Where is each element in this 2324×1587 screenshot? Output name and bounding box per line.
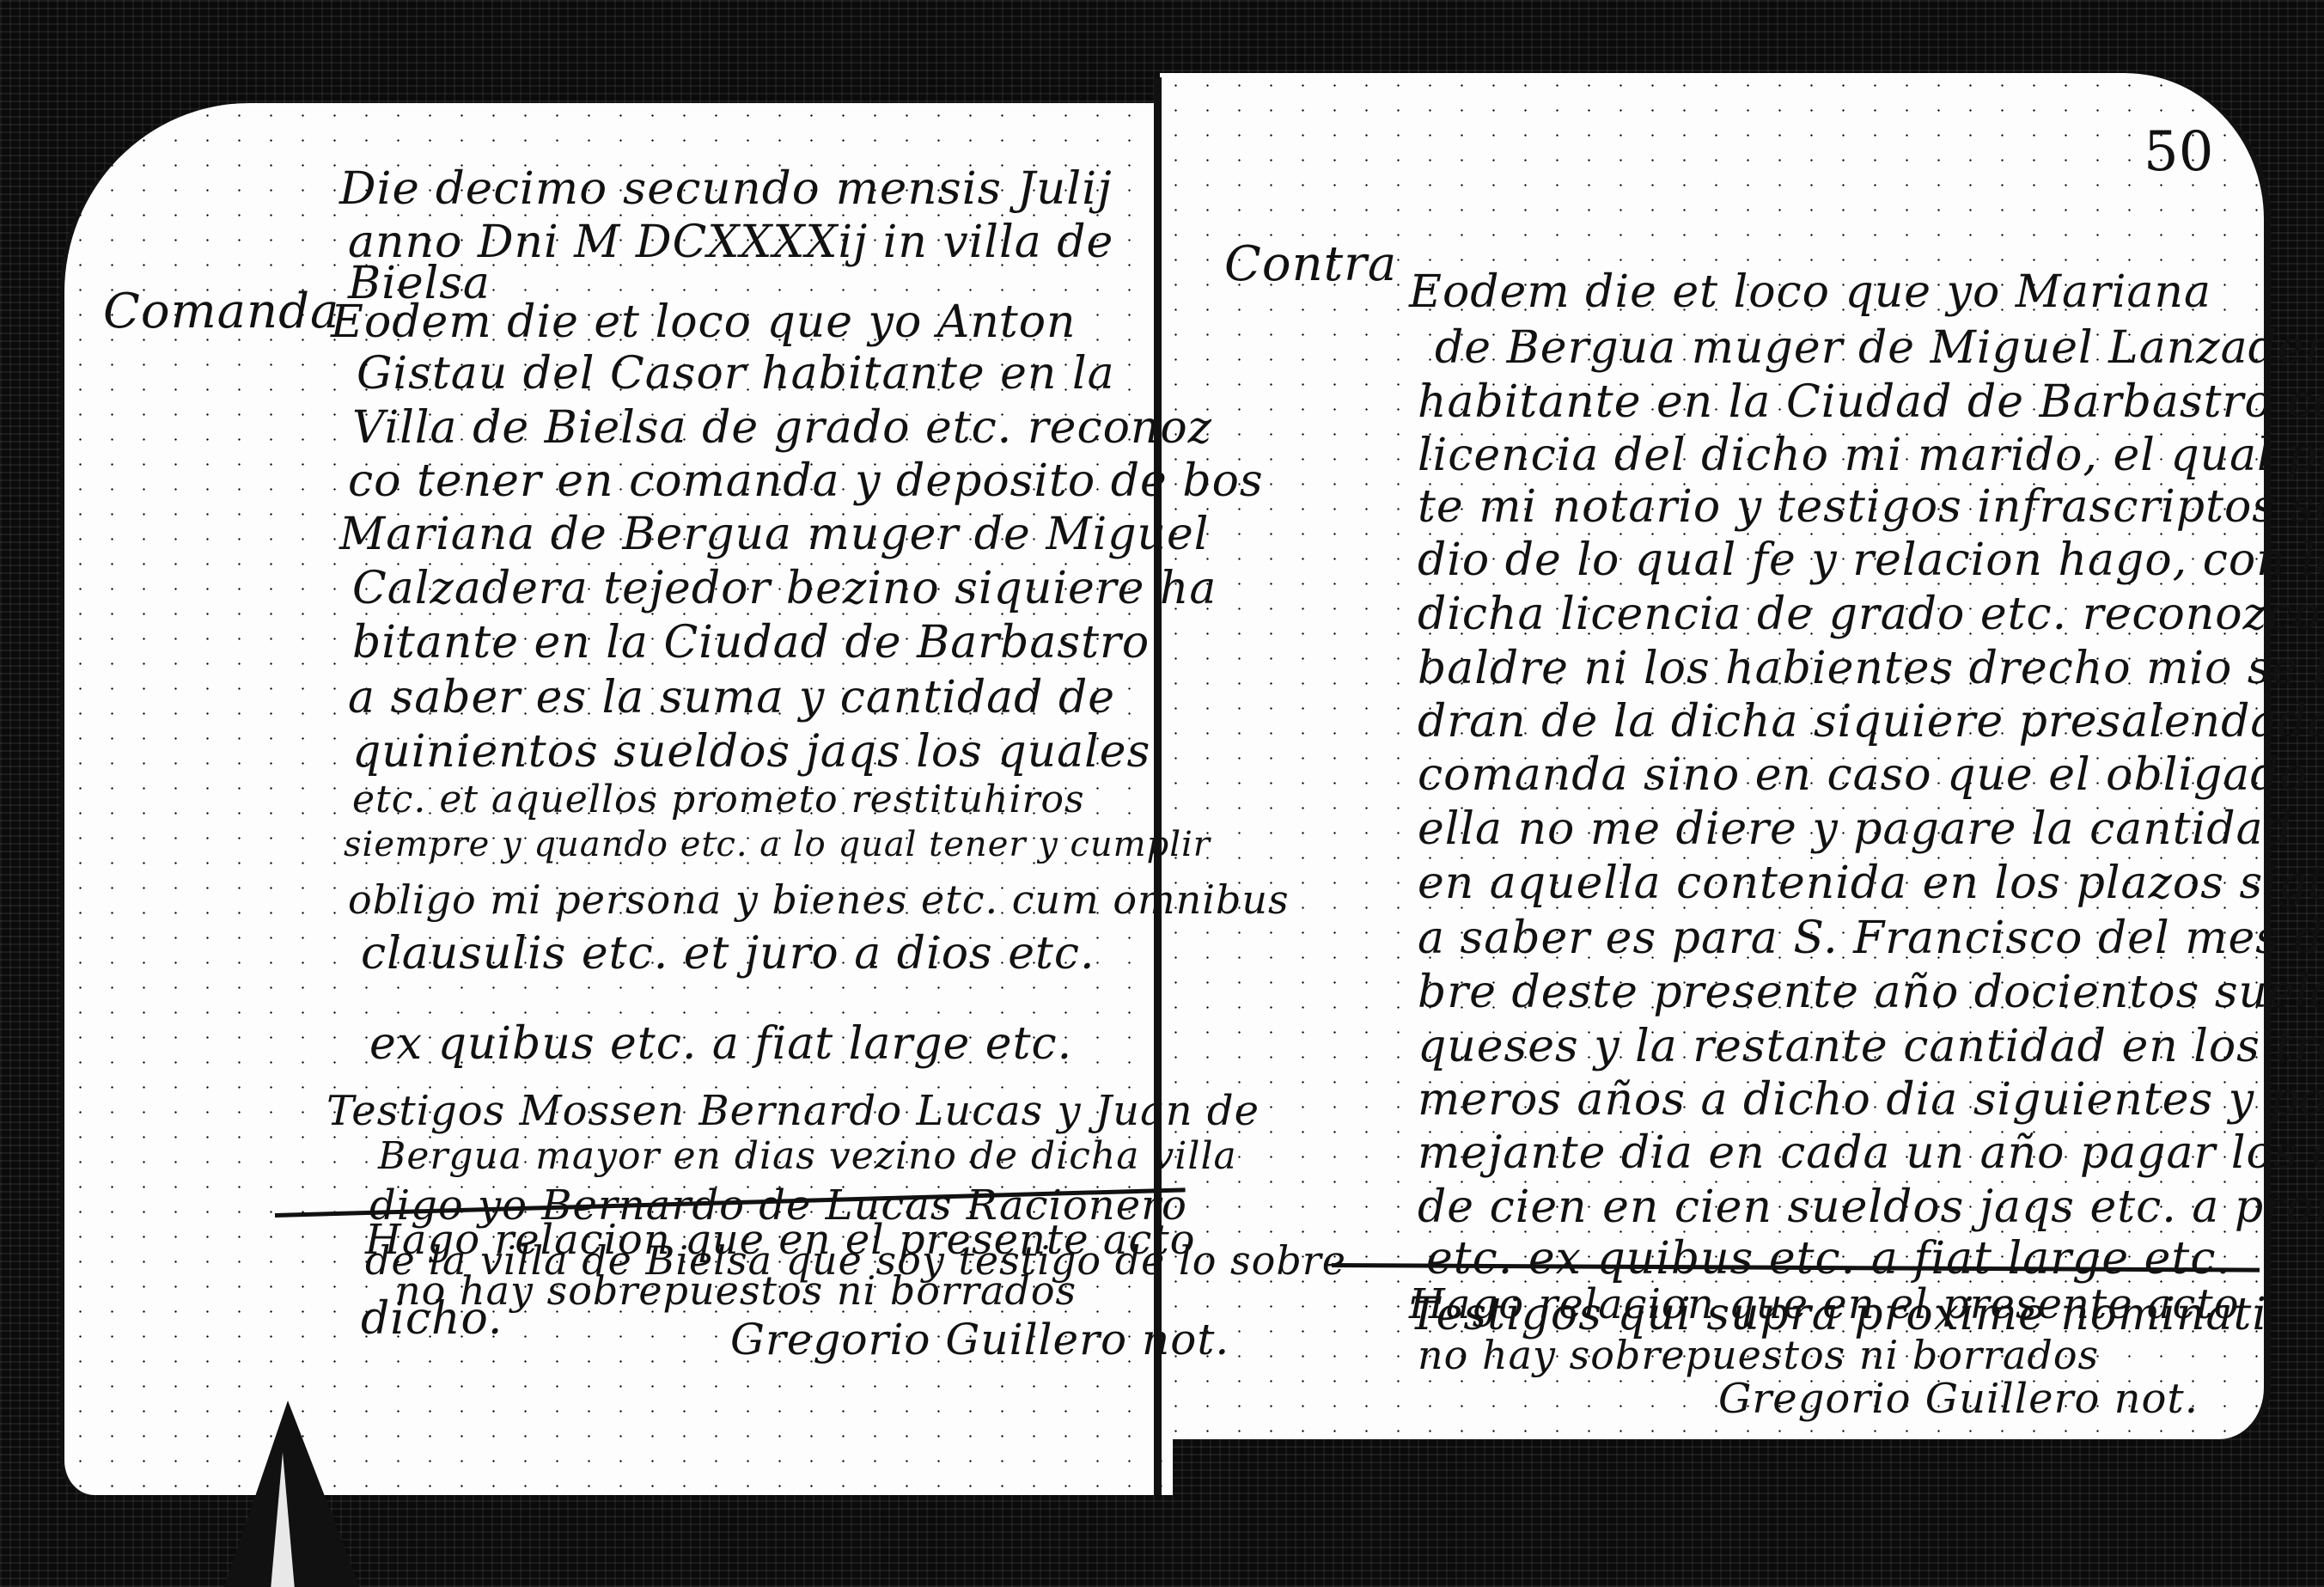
left-line-17: ex quibus etc. a fiat large etc. bbox=[369, 1018, 1072, 1070]
left-line-18: Testigos Mossen Bernardo Lucas y Juan de bbox=[326, 1087, 1260, 1135]
left-line-13: etc. et aquellos prometo restituhiros bbox=[352, 778, 1085, 821]
margin-note-right: Contra bbox=[1224, 236, 1397, 292]
left-certification-1: Hago relacion que en el presente acto bbox=[365, 1216, 1196, 1264]
right-certification-1: Hago relacion que en el presente acto bbox=[1409, 1280, 2240, 1328]
right-line-18: de cien en cien sueldos jaqs etc. a prom… bbox=[1418, 1181, 2324, 1233]
right-certification-2: no hay sobrepuestos ni borrados bbox=[1418, 1332, 2099, 1378]
right-line-14: bre deste presente año docientos sueldos… bbox=[1418, 967, 2324, 1018]
left-line-6: Villa de Bielsa de grado etc. reconoz bbox=[352, 402, 1212, 454]
right-line-1: Eodem die et loco que yo Mariana bbox=[1409, 266, 2211, 318]
left-line-11: a saber es la suma y cantidad de bbox=[348, 672, 1115, 723]
left-line-10: bitante en la Ciudad de Barbastro bbox=[352, 617, 1150, 668]
right-line-11: ella no me diere y pagare la cantidad bbox=[1418, 803, 2293, 855]
right-certification-signature: Gregorio Guillero not. bbox=[1718, 1375, 2199, 1423]
bookmark-ribbon-highlight bbox=[271, 1452, 295, 1587]
right-line-13: a saber es para S. Francisco del mes de … bbox=[1418, 913, 2324, 964]
left-certification-signature: Gregorio Guillero not. bbox=[730, 1315, 1229, 1364]
left-line-15: obligo mi persona y bienes etc. cum omni… bbox=[348, 876, 1290, 923]
left-line-4: Eodem die et loco que yo Anton bbox=[331, 296, 1077, 348]
left-line-5: Gistau del Casor habitante en la bbox=[357, 348, 1115, 400]
right-line-15: queses y la restante cantidad en los tre… bbox=[1418, 1021, 2324, 1072]
folio-number: 50 bbox=[2144, 120, 2213, 184]
left-line-16: clausulis etc. et juro a dios etc. bbox=[361, 928, 1095, 980]
right-line-8: baldre ni los habientes drecho mio se ba… bbox=[1418, 643, 2324, 694]
right-line-10: comanda sino en caso que el obligado en bbox=[1418, 749, 2324, 801]
right-line-17: mejante dia en cada un año pagar los dic… bbox=[1418, 1127, 2324, 1179]
right-line-4: licencia del dicho mi marido, el qual pr… bbox=[1418, 430, 2324, 481]
left-line-14: siempre y quando etc. a lo qual tener y … bbox=[344, 825, 1211, 864]
left-line-9: Calzadera tejedor bezino siquiere ha bbox=[352, 563, 1217, 614]
margin-note-left: Comanda bbox=[103, 284, 339, 339]
right-line-2: de Berguа muger de Miguel Lanzadera bbox=[1435, 322, 2324, 374]
right-line-6: dio de lo qual fe y relacion hago, con l… bbox=[1418, 534, 2324, 586]
right-line-19: etc. ex quibus etc. a fiat large etc. bbox=[1426, 1233, 2231, 1285]
left-certification-2: no hay sobrepuestos ni borrados bbox=[395, 1267, 1077, 1314]
right-line-7: dicha licencia de grado etc. reconozco n… bbox=[1418, 589, 2324, 640]
left-line-19: Berguа mayor en dias vezino de dicha vil… bbox=[378, 1134, 1237, 1178]
left-line-1: Die decimo secundo mensis Julij bbox=[339, 163, 1113, 215]
right-line-3: habitante en la Ciudad de Barbastro con bbox=[1418, 376, 2324, 428]
left-line-12: quinientos sueldos jaqs los quales bbox=[352, 726, 1150, 778]
right-line-9: dran de la dicha siquiere presalendada bbox=[1418, 696, 2324, 748]
left-line-7: co tener en comanda y deposito de bos bbox=[348, 455, 1264, 507]
right-line-5: te mi notario y testigos infrascriptos s… bbox=[1418, 481, 2324, 533]
right-line-12: en aquella contenida en los plazos sigte… bbox=[1418, 858, 2324, 909]
right-line-16: meros años a dicho dia siguientes y por … bbox=[1418, 1074, 2324, 1126]
left-line-8: Mariana de Berguа muger de Miguel bbox=[339, 509, 1209, 560]
